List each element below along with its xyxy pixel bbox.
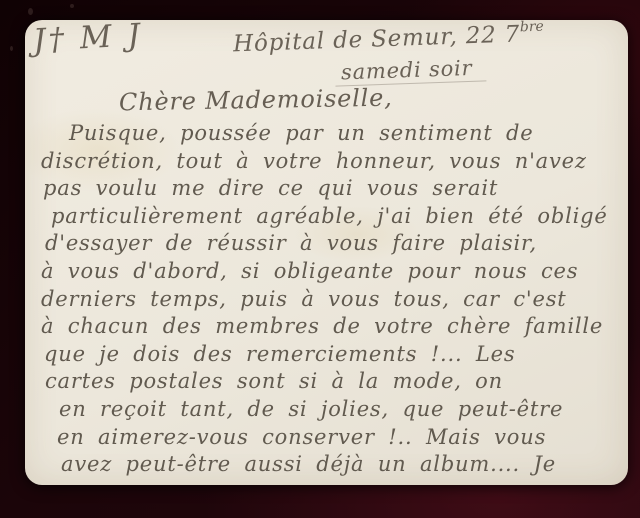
salutation: Chère Mademoiselle, — [119, 84, 393, 117]
letter-line: que je dois des remerciements !... Les — [44, 341, 619, 369]
letter-line: derniers temps, puis à vous tous, car c'… — [41, 286, 619, 314]
letter-line: discrétion, tout à votre honneur, vous n… — [41, 148, 619, 176]
letter-line: pas voulu me dire ce qui vous serait — [43, 175, 619, 203]
dust-speck — [70, 4, 74, 8]
letter-line: Puisque, poussée par un sentiment de — [69, 120, 619, 148]
dust-speck — [10, 46, 13, 51]
dateline-text: Hôpital de Semur, 22 7 — [233, 21, 521, 57]
dateline-superscript: bre — [520, 19, 544, 36]
letter-line: en reçoit tant, de si jolies, que peut-ê… — [59, 396, 619, 424]
postcard: J† M J Hôpital de Semur, 22 7bre samedi … — [25, 20, 628, 485]
monogram-jmj: J† M J — [32, 17, 144, 59]
letter-line: cartes postales sont si à la mode, on — [45, 368, 619, 396]
letter-line: avez peut-être aussi déjà un album.... J… — [61, 451, 619, 479]
dust-speck — [28, 8, 33, 15]
letter-line: d'essayer de réussir à vous faire plaisi… — [45, 230, 619, 258]
photo-background: J† M J Hôpital de Semur, 22 7bre samedi … — [0, 0, 640, 518]
letter-line: à chacun des membres de votre chère fami… — [41, 313, 619, 341]
dateline-subline: samedi soir — [335, 55, 487, 86]
letter-line: à vous d'abord, si obligeante pour nous … — [41, 258, 619, 286]
letter-line: en aimerez-vous conserver !.. Mais vous — [57, 424, 619, 452]
dateline: Hôpital de Semur, 22 7bre — [233, 19, 545, 58]
letter-body: Puisque, poussée par un sentiment de dis… — [41, 120, 619, 479]
letter-line: particulièrement agréable, j'ai bien été… — [51, 203, 619, 231]
